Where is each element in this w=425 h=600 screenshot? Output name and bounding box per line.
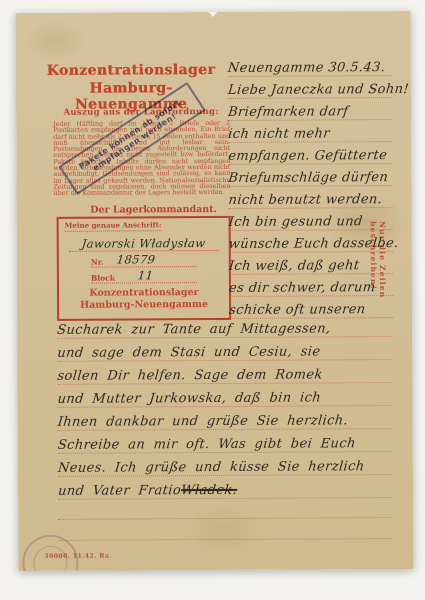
prisoner-block-row: Block 11 [91,268,197,284]
letter-line: Neuengamme 30.5.43. [228,53,392,77]
letter-line: Briefumschläge dürfen [228,163,392,187]
nr-label: Nr. [91,258,104,267]
letter-paper: Konzentrationslager Hamburg-Neuengamme A… [16,11,414,571]
block-number-handwriting: 11 [137,268,154,282]
handwriting-text: Briefmarken darf [227,104,349,120]
empty-ruled-line [58,516,392,541]
camp-name-line1: Konzentrationslager [38,62,224,79]
letter-line: Ich weiß, daß geht [229,251,393,275]
handwriting-text: Neues. Ich grüße und küsse Sie herzlich [57,459,365,476]
prisoner-address-box: Meine genaue Anschrift: Jaworski Władysł… [57,216,232,321]
handwriting-text: empfangen. Gefütterte [228,148,388,164]
address-camp-line1: Konzentrationslager [59,287,229,299]
handwriting-text: Ich weiß, daß geht [228,258,360,274]
letter-line: es dir schwer, darum [229,273,393,297]
letter-line: sollen Dir helfen. Sage dem Romek [57,360,391,385]
letter-line: Sucharek zur Tante auf Mittagessen, [57,314,391,339]
letter-line: Ich bin gesund und [229,207,393,231]
letter-line: und Mutter Jurkowska, daß bin ich [57,383,391,408]
prisoner-number-handwriting: 18579 [116,252,156,266]
letter-line: Ihnen dankbar und grüße Sie herzlich. [58,406,392,431]
letter-line: ich nicht mehr [228,119,392,143]
handwriting-text: Ich bin gesund und [228,214,364,230]
handwriting-text: Schreibe an mir oft. Was gibt bei Euch [57,436,356,453]
address-camp-line2: Hamburg-Neuengamme [59,299,229,311]
handwriting-text: Ihnen dankbar und grüße Sie herzlich. [57,413,349,430]
postmark-inner-ring [33,546,67,571]
handwriting-text: nicht benutzt werden. [228,192,383,208]
prisoner-number-row: Nr. 18579 [91,251,197,268]
block-label: Block [91,274,115,283]
handwriting-text: ich nicht mehr [227,126,330,142]
letter-line: Briefmarken darf [228,97,392,121]
letter-line: Liebe Janeczka und Sohn! [228,75,392,99]
letter-line: Schreibe an mir oft. Was gibt bei Euch [58,429,392,454]
prisoner-name-row: Jaworski Władysław [69,230,219,252]
letter-line: Neues. Ich grüße und küsse Sie herzlich [58,452,392,477]
handwriting-text: sollen Dir helfen. Sage dem Romek [57,367,324,383]
handwriting-text: es dir schwer, darum [228,280,376,296]
letter-line: nicht benutzt werden. [228,185,392,209]
handwriting-text: und Mutter Jurkowska, daß bin ich [57,390,322,406]
prisoner-name-handwriting: Jaworski Władysław [81,236,206,251]
paper-edge-notch [209,12,218,17]
handwriting-text: Neuengamme 30.5.43. [227,60,386,76]
handwriting-text: Sucharek zur Tante auf Mittagessen, [56,321,331,337]
letter-line: wünsche Euch dasselbe. [229,229,393,253]
letter-line: und sage dem Stasi und Cesiu, sie [57,337,391,362]
letter-line: empfangen. Gefütterte [228,141,392,165]
handwriting-text: Liebe Janeczka und Sohn! [227,82,410,98]
handwriting-text: wünsche Euch dasselbe. [228,236,399,252]
scanned-letter-page: { "paper": { "color": "#d4c098" }, "prin… [0,0,425,600]
handwriting-text: Briefumschläge dürfen [228,170,389,186]
commandant-line: Der Lagerkommandant. [79,204,229,216]
handwriting-text: und sage dem Stasi und Cesiu, sie [57,344,322,360]
